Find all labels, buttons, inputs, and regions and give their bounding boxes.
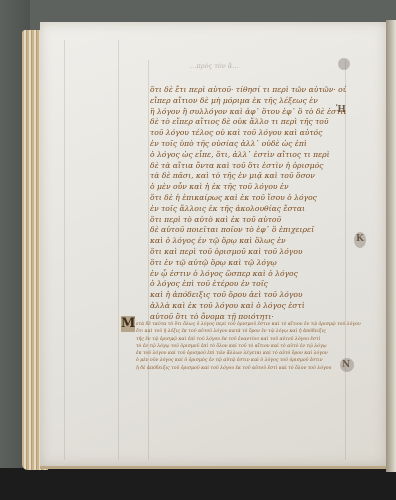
text-line: ὅτι δὲ ἡ ἐπικαίρως καὶ ἐκ τοῦ ἴσου ὁ λόγ… (150, 193, 346, 204)
text-line: δὲ τὰ αἴτια ὄντα καὶ τοῦ ὅτι ἐστὶν ἡ ὁρι… (150, 161, 346, 172)
text-line: ὅτι καὶ περὶ τοῦ ὁρισμοῦ καὶ τοῦ λόγου (150, 247, 346, 258)
stain (338, 58, 350, 70)
text-line: ἐν τοῖς ἄλλοις ἐκ τῆς ἀκολουθίας ἔσται (150, 204, 346, 215)
faded-header-text: …πρὸς τὸν ἅ… (190, 62, 239, 70)
text-line: ὅτι ἐν τῷ αὐτῷ ὅρῳ καὶ τῷ λόγῳ (150, 258, 346, 269)
text-line: εἴπερ αἴτιον δὲ μὴ μόριμα ἐκ τῆς λέξεως … (150, 96, 346, 107)
ruling-line (148, 60, 149, 460)
marginal-mark: Κ (356, 234, 364, 244)
main-text-block: ὅτι δὲ ἔτι περὶ αὐτοῦ· τίθησί τι περὶ τῶ… (150, 85, 346, 323)
ruling-line (118, 40, 119, 460)
binding-gutter (386, 20, 396, 472)
shadow-under-book (0, 468, 396, 500)
text-line: ἐν τοῖς ὑπὸ τῆς οὐσίας ἀλλ᾽ οὐδὲ ὡς ἐπὶ (150, 139, 346, 150)
text-line: δὲ τὸ εἴπερ αἴτιος δὲ οὐκ ἄλλο τι περὶ τ… (150, 117, 346, 128)
commentary-text-block: ετὰ δὲ ταῦτα τὸ ὅτι ὅλως ὁ λόγος περὶ το… (136, 321, 366, 372)
text-line: ὁ λόγος ὡς εἶπε, ὅτι, ἀλλ᾽ ἐστὶν αἴτιος … (150, 150, 346, 161)
text-line: ἀλλὰ καὶ ἐκ τοῦ λόγου καὶ ὁ λόγος ἐστὶ (150, 301, 346, 312)
commentary-line: ὅτι καὶ τοῦ ἡ λέξις ἐκ τοῦ αὐτοῦ λόγου κ… (136, 328, 366, 335)
text-line: ὁ λόγος ἐπὶ τοῦ ἑτέρου ἐν τοῖς (150, 279, 346, 290)
commentary-line: τὸ ἐν τῷ λόγῳ τοῦ ὁρισμοῦ ἐπὶ τὸ ὅλον κα… (136, 343, 366, 350)
text-line: τὰ δὲ πᾶσι, καὶ τὸ τῆς ἐν μιᾷ καὶ τοῦ ὅσ… (150, 171, 346, 182)
decorated-initial: Μ (121, 316, 135, 332)
text-line: ὅτι περὶ τὸ αὐτὸ καὶ ἐκ τοῦ αὐτοῦ (150, 215, 346, 226)
commentary-line: ετὰ δὲ ταῦτα τὸ ὅτι ὅλως ὁ λόγος περὶ το… (136, 321, 366, 328)
text-line: ἢ λόγον ἢ συλλόγον καὶ ἀφ᾽ ὅτου ἐφ᾽ ὃ τὸ… (150, 107, 346, 118)
text-line: καὶ ἡ ἀπόδειξις τοῦ ὅρου ἀεὶ τοῦ λόγου (150, 290, 346, 301)
commentary-line: ἐκ τοῦ λόγου καὶ τοῦ ὁρισμοῦ ἐπὶ τῶν ἄλλ… (136, 350, 366, 357)
text-line: δὲ αὐτοῦ ποιεῖται ποῖον τὸ ἐφ᾽ ὃ ἐπιχειρ… (150, 225, 346, 236)
text-line: τοῦ λόγου τέλος οὐ καὶ τοῦ λόγου καὶ αὐτ… (150, 128, 346, 139)
commentary-line: τῆς ἐν τῷ ὁρισμῷ καὶ ἐπὶ τοῦ λόγου ἐκ το… (136, 336, 366, 343)
text-line: ἐν ᾧ ἐστιν ὁ λόγος ὥσπερ καὶ ὁ λόγος (150, 269, 346, 280)
commentary-line: ἡ δὲ ἀπόδειξις τοῦ ὁρισμοῦ καὶ τοῦ λόγου… (136, 365, 366, 372)
ruling-line (64, 40, 65, 460)
commentary-line: ὁ μὲν οὖν λόγος καὶ ὁ ὁρισμὸς ἐν τῷ αὐτῷ… (136, 357, 366, 364)
text-line: ὅτι δὲ ἔτι περὶ αὐτοῦ· τίθησί τι περὶ τῶ… (150, 85, 346, 96)
text-line: καὶ ὁ λόγος ἐν τῷ ὅρῳ καὶ ὅλως ἐν (150, 236, 346, 247)
text-line: ὁ μὲν οὖν καὶ ἡ ἐκ τῆς τοῦ λόγου ἐν (150, 182, 346, 193)
